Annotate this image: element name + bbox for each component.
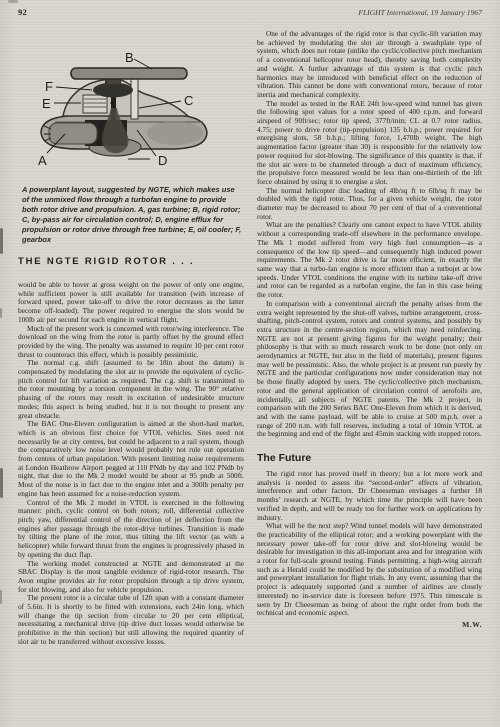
body-paragraph: One of the advantages of the rigid rotor… — [257, 30, 482, 100]
label-engine-efflux: D — [158, 153, 167, 168]
journal-title-date: FLIGHT International, 19 January 1967 — [358, 8, 482, 17]
right-column: One of the advantages of the rigid rotor… — [257, 30, 482, 629]
label-rigid-rotor: B — [125, 50, 134, 65]
body-paragraph: The present rotor is a circular tube of … — [18, 594, 244, 646]
body-paragraph: In comparison with a conventional aircra… — [257, 300, 482, 439]
scan-smudge — [0, 468, 3, 498]
page-number: 92 — [18, 7, 27, 17]
body-paragraph: The working model constructed at NGTE an… — [18, 560, 244, 595]
label-oil-cooler: E — [42, 96, 51, 111]
body-paragraph: Much of the present work is concerned wi… — [18, 325, 244, 360]
left-column: would be able to hover at gross weight o… — [18, 281, 244, 647]
magazine-page: 92 FLIGHT International, 19 January 1967 — [0, 0, 500, 727]
label-gas-turbine: A — [38, 153, 47, 168]
gas-turbine — [49, 123, 97, 144]
body-paragraph: What will be the next step? Wind tunnel … — [257, 522, 482, 618]
gearbox — [93, 83, 133, 98]
oil-cooler — [83, 95, 107, 113]
label-gearbox: F — [45, 79, 53, 94]
label-bypass-air: C — [184, 93, 193, 108]
body-paragraph: Control of the Mk 2 model in VTOL is exe… — [18, 499, 244, 560]
figure-caption: A powerplant layout, suggested by NGTE, … — [22, 185, 243, 245]
bypass-duct — [131, 79, 138, 119]
scan-smudge — [8, 0, 18, 3]
powerplant-figure: B F E C A D — [25, 46, 255, 178]
body-paragraph: The rigid rotor has proved itself in the… — [257, 470, 482, 522]
author-initials: M.W. — [257, 620, 482, 629]
efflux-duct-shading — [147, 121, 203, 145]
body-paragraph: would be able to hover at gross weight o… — [18, 281, 244, 325]
powerplant-diagram: B F E C A D — [25, 46, 255, 178]
section-heading: THE NGTE RIGID ROTOR . . . — [18, 256, 194, 267]
body-paragraph: The BAC One-Eleven configuration is aime… — [18, 420, 244, 498]
body-paragraph: The normal helicopter disc loading of 4l… — [257, 187, 482, 222]
scan-smudge — [0, 308, 2, 318]
scan-smudge — [0, 228, 3, 254]
rigid-rotor — [71, 68, 187, 79]
scan-smudge — [0, 590, 2, 604]
body-paragraph: The normal c.g. shift (assumed to be 18i… — [18, 359, 244, 420]
future-heading: The Future — [257, 452, 482, 464]
running-head: 92 FLIGHT International, 19 January 1967 — [18, 7, 482, 17]
body-paragraph: The model as tested in the RAE 24ft low-… — [257, 100, 482, 187]
body-paragraph: What are the penalties? Clearly one cann… — [257, 221, 482, 299]
